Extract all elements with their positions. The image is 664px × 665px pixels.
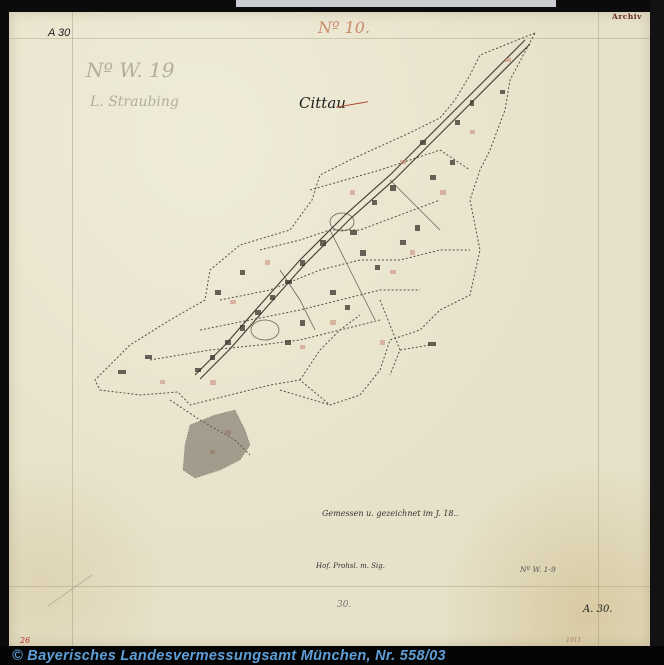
place-name: Cittau (299, 94, 346, 112)
red-page-number: 26 (20, 636, 30, 645)
copyright-bar: © Bayerisches Landesvermessungsamt Münch… (0, 646, 664, 665)
archive-stamp: Archiv (612, 12, 642, 21)
bottom-number: 30. (337, 600, 351, 610)
sheet-number: Nº 10. (318, 18, 370, 37)
signature-note: Hof. Prohsl. m. Sig. (316, 562, 385, 570)
pencil-note-line1: Nº W. 19 (86, 58, 175, 82)
reference-note: Nº W. 1-9 (520, 565, 556, 574)
corner-label-top-left: A 30 (48, 27, 70, 39)
small-number: 1911 (566, 637, 581, 644)
pencil-note-line2: L. Straubing (90, 94, 179, 110)
corner-label-bottom-right: A. 30. (583, 604, 612, 615)
scan-right-edge (650, 0, 664, 665)
survey-caption: Gemessen u. gezeichnet im J. 18.. (322, 509, 459, 518)
copyright-text: © Bayerisches Landesvermessungsamt Münch… (12, 648, 446, 664)
woodland-parcel (183, 410, 250, 478)
